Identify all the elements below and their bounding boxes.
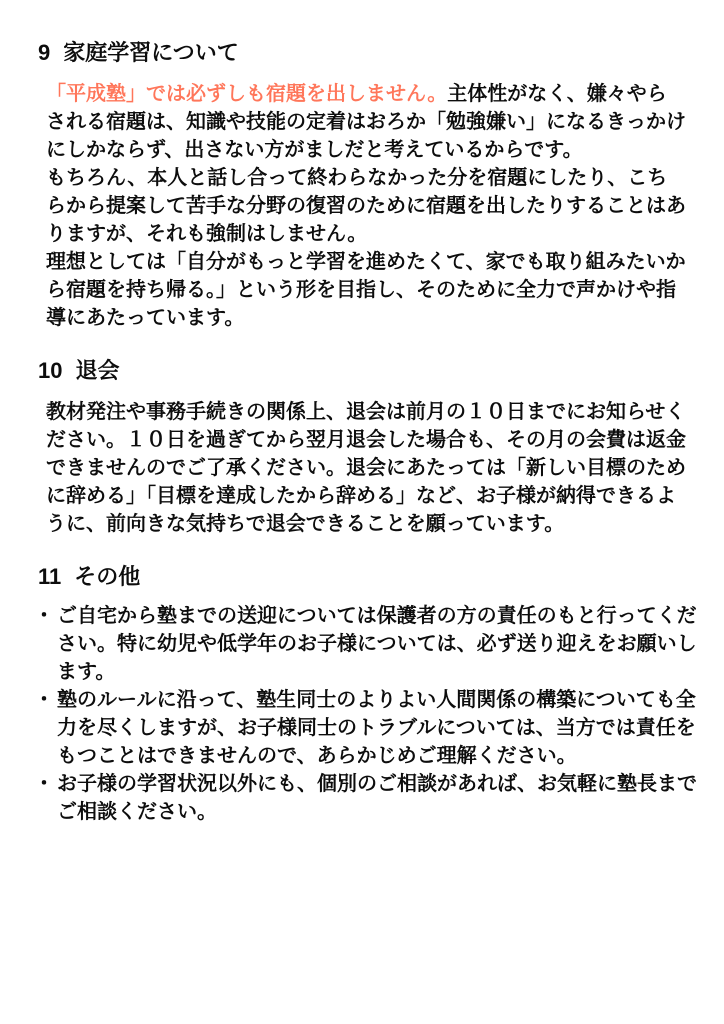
- bullet-item: ・ お子様の学習状況以外にも、個別のご相談があれば、お気軽に塾長までご相談くださ…: [38, 770, 697, 826]
- bullet-marker: ・: [34, 770, 54, 798]
- section-withdrawal: 10 退会 教材発注や事務手続きの関係上、退会は前月の１０日までにお知らせくださ…: [38, 358, 686, 538]
- paragraph: もちろん、本人と話し合って終わらなかった分を宿題にしたり、こちらから提案して苦手…: [46, 164, 686, 248]
- bullet-text: 塾のルールに沿って、塾生同士のよりよい人間関係の構築についても全力を尽くしますが…: [57, 689, 696, 767]
- section-heading: 11 その他: [38, 564, 686, 590]
- bullet-marker: ・: [34, 602, 54, 630]
- paragraph: 「平成塾」では必ずしも宿題を出しません。主体性がなく、嫌々やらされる宿題は、知識…: [46, 80, 686, 164]
- section-number: 11: [38, 564, 61, 590]
- paragraph: 教材発注や事務手続きの関係上、退会は前月の１０日までにお知らせください。１０日を…: [46, 398, 686, 538]
- bullet-item: ・ ご自宅から塾までの送迎については保護者の方の責任のもと行ってください。特に幼…: [38, 602, 697, 686]
- section-body: 教材発注や事務手続きの関係上、退会は前月の１０日までにお知らせください。１０日を…: [46, 398, 686, 538]
- bullet-text: ご自宅から塾までの送迎については保護者の方の責任のもと行ってください。特に幼児や…: [57, 605, 697, 683]
- bullet-item: ・ 塾のルールに沿って、塾生同士のよりよい人間関係の構築についても全力を尽くしま…: [38, 686, 697, 770]
- bullet-text: お子様の学習状況以外にも、個別のご相談があれば、お気軽に塾長までご相談ください。: [57, 773, 697, 823]
- section-heading: 9 家庭学習について: [38, 40, 686, 66]
- bullet-list: ・ ご自宅から塾までの送迎については保護者の方の責任のもと行ってください。特に幼…: [38, 602, 697, 826]
- bullet-marker: ・: [34, 686, 54, 714]
- document-page: 9 家庭学習について 「平成塾」では必ずしも宿題を出しません。主体性がなく、嫌々…: [0, 0, 724, 1024]
- section-title: 退会: [75, 358, 119, 384]
- paragraph: 理想としては「自分がもっと学習を進めたくて、家でも取り組みたいから宿題を持ち帰る…: [46, 248, 686, 332]
- section-other: 11 その他 ・ ご自宅から塾までの送迎については保護者の方の責任のもと行ってく…: [38, 564, 686, 826]
- section-heading: 10 退会: [38, 358, 686, 384]
- section-home-study: 9 家庭学習について 「平成塾」では必ずしも宿題を出しません。主体性がなく、嫌々…: [38, 40, 686, 332]
- section-number: 10: [38, 358, 62, 384]
- section-title: 家庭学習について: [63, 40, 239, 66]
- section-body: 「平成塾」では必ずしも宿題を出しません。主体性がなく、嫌々やらされる宿題は、知識…: [46, 80, 686, 332]
- highlight-text: 「平成塾」では必ずしも宿題を出しません。: [46, 83, 447, 105]
- section-number: 9: [38, 40, 50, 66]
- section-title: その他: [74, 564, 140, 590]
